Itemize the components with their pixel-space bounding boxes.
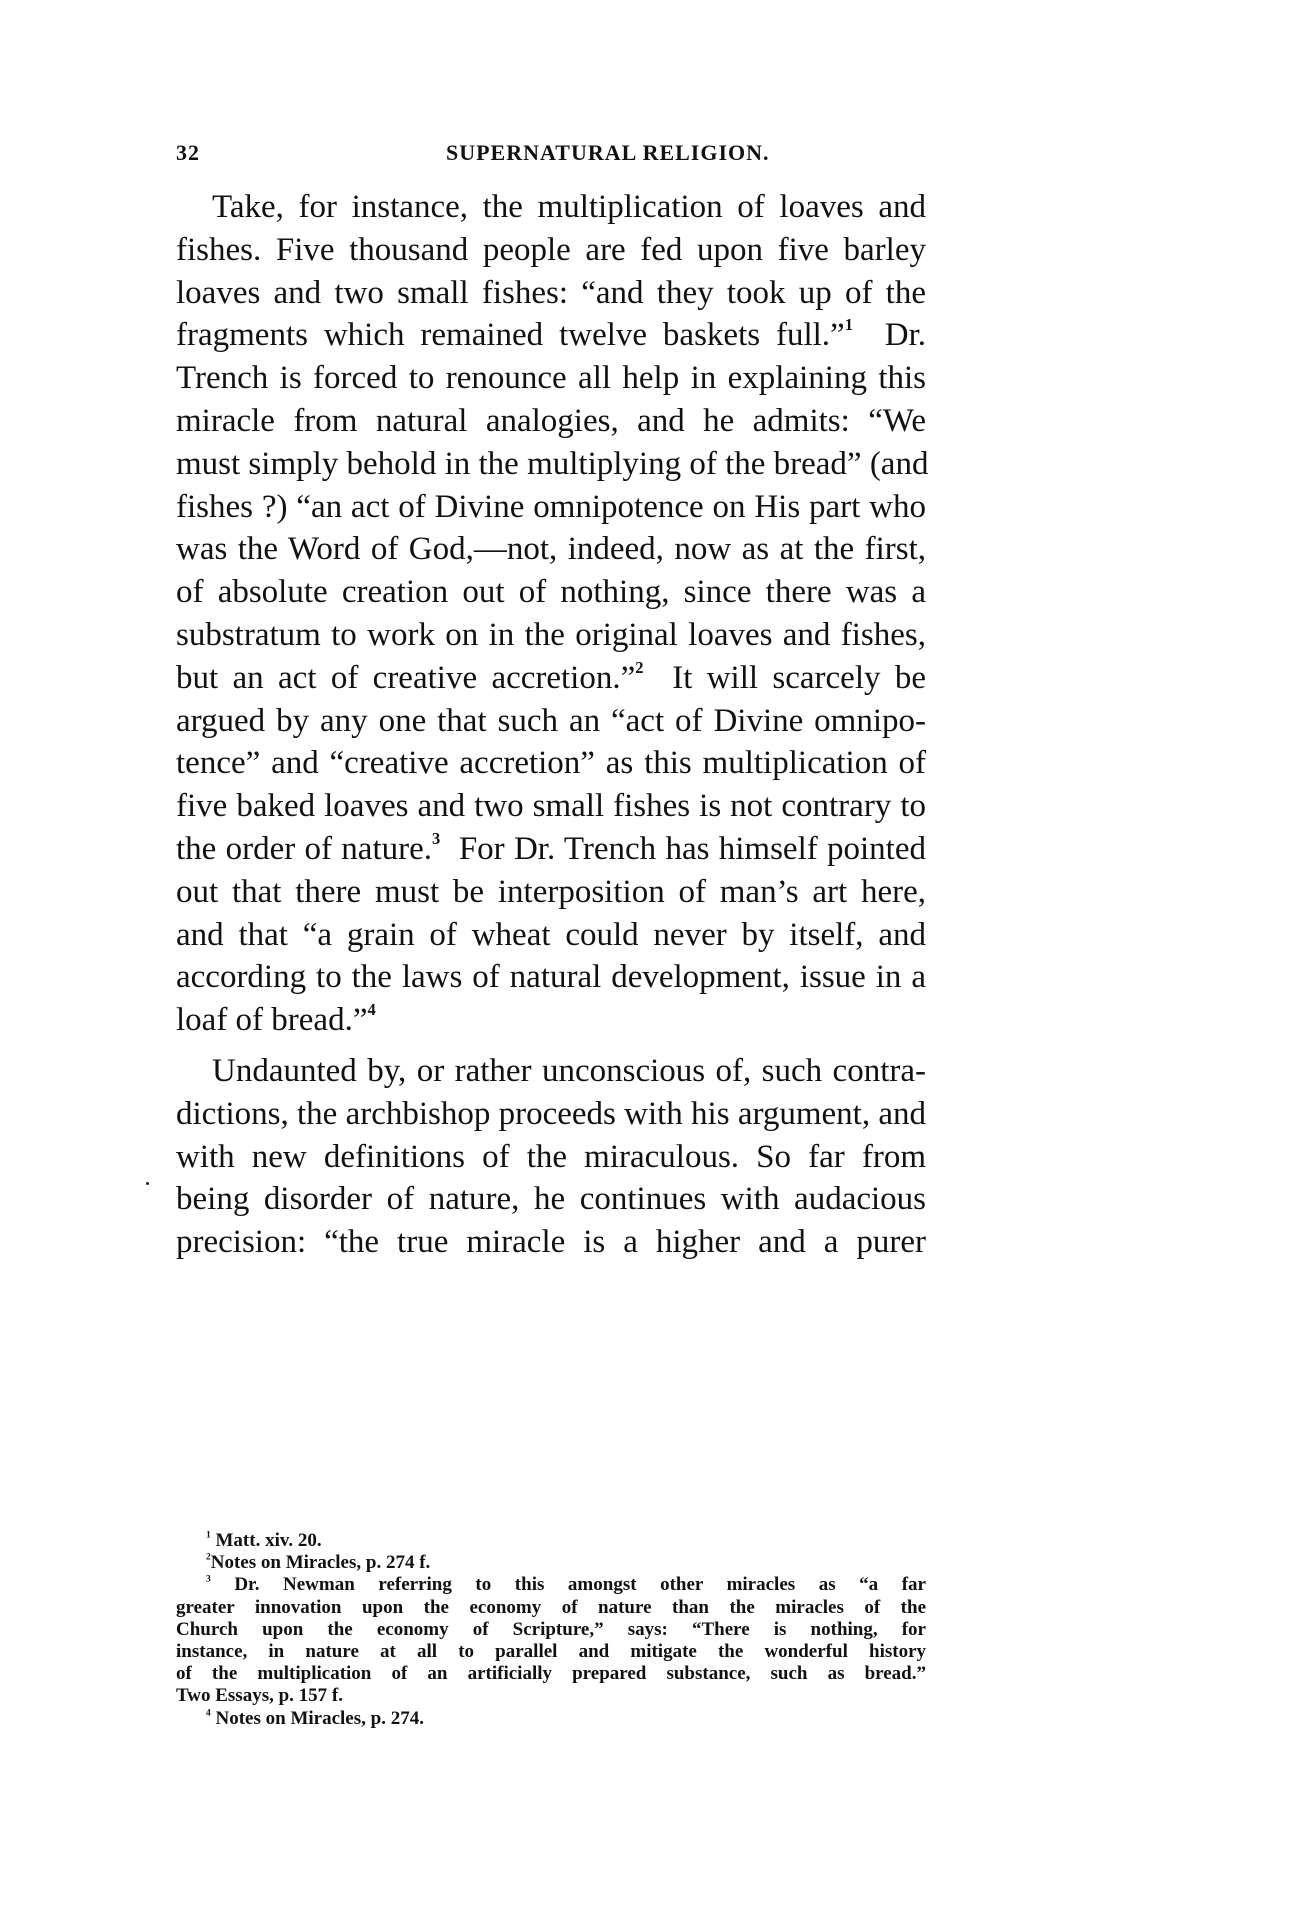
text-line: but an act of creative accretion.”2 It w… [176,657,926,700]
footnote-3-line: greater innovation upon the economy of n… [176,1597,926,1619]
text-line: Undaunted by, or rather unconscious of, … [176,1050,926,1093]
text-line: out that there must be interposition of … [176,871,926,914]
text-line: was the Word of God,—not, indeed, now as… [176,528,926,571]
body-text: Take, for instance, the multiplication o… [176,186,926,1264]
text-line: the order of nature.3 For Dr. Trench has… [176,828,926,871]
page-number: 32 [176,140,200,166]
text-line: miracle from natural analogies, and he a… [176,400,926,443]
footnote-ref-1[interactable]: 1 [845,316,853,335]
text-line: fishes ?) “an act of Divine omnipotence … [176,486,926,529]
footnote-ref-4[interactable]: 4 [367,1000,375,1019]
footnote-3: 3 Dr. Newman referring to this amongst o… [176,1574,926,1596]
text-line: Trench is forced to renounce all help in… [176,357,926,400]
text-line: argued by any one that such an “act of D… [176,700,926,743]
text-line: dictions, the archbishop proceeds with h… [176,1093,926,1136]
footnote-ref-3[interactable]: 3 [432,829,440,848]
footnote-2: 2Notes on Miracles, p. 274 f. [176,1552,926,1574]
text-line: being disorder of nature, he continues w… [176,1178,926,1221]
text-line: substratum to work on in the original lo… [176,614,926,657]
text-line: precision: “the true miracle is a higher… [176,1221,926,1264]
book-page: 32 SUPERNATURAL RELIGION. Take, for inst… [0,0,1294,1925]
text-line: fishes. Five thousand people are fed upo… [176,229,926,272]
footnote-3-line: of the multiplication of an artificially… [176,1663,926,1685]
text-line: Take, for instance, the multiplication o… [176,186,926,229]
text-line: five baked loaves and two small fishes i… [176,785,926,828]
text-line: of absolute creation out of nothing, sin… [176,571,926,614]
text-line: and that “a grain of wheat could never b… [176,914,926,957]
text-line: with new definitions of the miraculous. … [176,1136,926,1179]
text-line: loaf of bread.”4 [176,999,926,1042]
text-line: according to the laws of natural develop… [176,956,926,999]
running-title: SUPERNATURAL RELIGION. [316,140,1046,166]
footnote-3-line: Two Essays, p. 157 f. [176,1685,926,1707]
footnote-3-line: instance, in nature at all to parallel a… [176,1641,926,1663]
text-line: loaves and two small fishes: “and they t… [176,272,926,315]
text-line: tence” and “creative accretion” as this … [176,742,926,785]
footnote-3-line: Church upon the economy of Scripture,” s… [176,1619,926,1641]
footnotes: 1 Matt. xiv. 20. 2Notes on Miracles, p. … [176,1530,926,1730]
footnote-4: 4 Notes on Miracles, p. 274. [176,1708,926,1730]
footnote-ref-2[interactable]: 2 [635,658,643,677]
running-head: 32 SUPERNATURAL RELIGION. [176,140,926,170]
paragraph-gap [176,1042,926,1050]
footnote-1: 1 Matt. xiv. 20. [176,1530,926,1552]
text-line: fragments which remained twelve baskets … [176,314,926,357]
text-line: must simply behold in the multiplying of… [176,443,926,486]
print-speck [146,1182,149,1185]
